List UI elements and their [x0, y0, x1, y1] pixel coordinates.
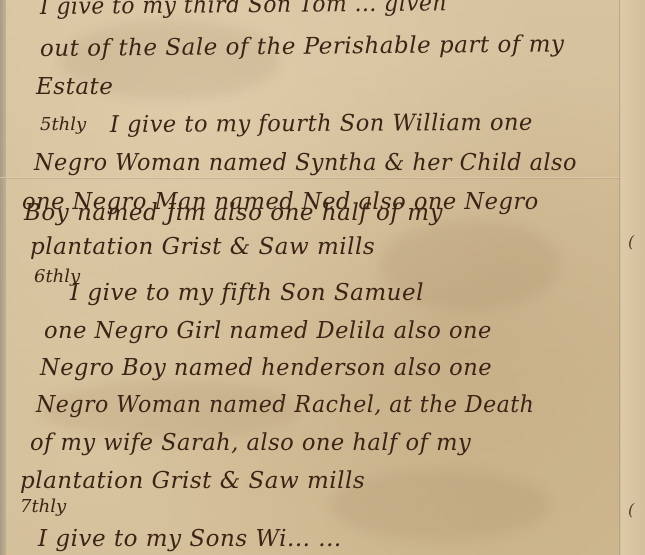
manuscript-line-15: I give to my Sons Wi... ... [38, 526, 342, 552]
page-edge-strip [0, 0, 6, 555]
adjacent-page-fragment: ( [628, 500, 634, 519]
manuscript-line-9: I give to my fifth Son Samuel [70, 280, 424, 306]
manuscript-line-2: out of the Sale of the Perishable part o… [40, 31, 565, 62]
adjacent-page-panel [621, 0, 645, 555]
margin-note-5thly: 5thly [40, 114, 86, 135]
manuscript-line-7: Boy named Jim also one half of my [24, 200, 443, 226]
vertical-fold-line [619, 0, 621, 555]
manuscript-page: I give to my third Son Tom ... given out… [0, 0, 645, 555]
margin-note-7thly: 7thly [20, 496, 66, 517]
manuscript-line-4: I give to my fourth Son William one [110, 110, 533, 138]
manuscript-line-14: plantation Grist & Saw mills [20, 468, 365, 494]
manuscript-line-3: Estate [36, 74, 113, 100]
manuscript-line-1: I give to my third Son Tom ... given [40, 0, 447, 20]
horizontal-fold-line [0, 177, 645, 179]
manuscript-line-12: Negro Woman named Rachel, at the Death [36, 392, 534, 418]
manuscript-line-8: plantation Grist & Saw mills [30, 234, 375, 260]
manuscript-line-5: Negro Woman named Syntha & her Child als… [34, 150, 577, 176]
manuscript-line-13: of my wife Sarah, also one half of my [30, 430, 471, 456]
adjacent-page-fragment: ( [628, 232, 634, 251]
manuscript-line-10: one Negro Girl named Delila also one [44, 318, 492, 344]
manuscript-line-11: Negro Boy named henderson also one [40, 355, 492, 381]
